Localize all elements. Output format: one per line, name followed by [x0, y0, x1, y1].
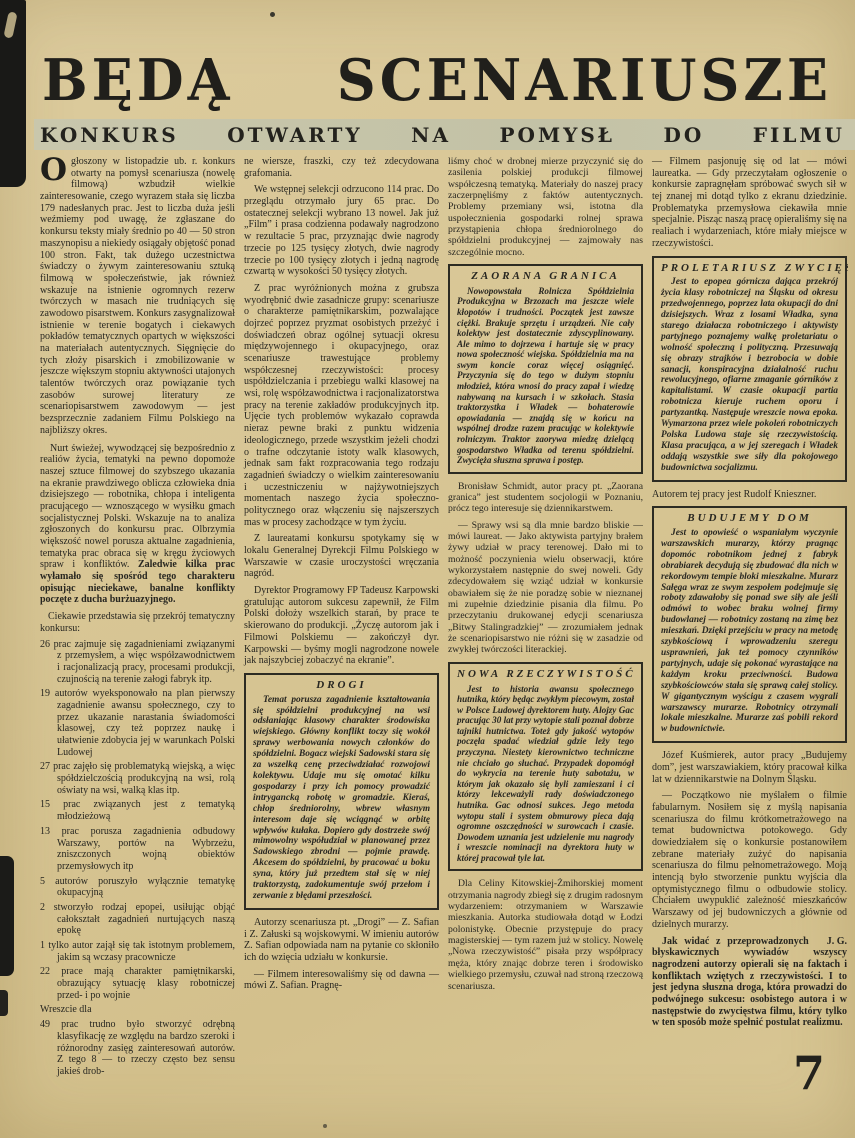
paragraph: ne wiersze, fraszki, czy też zdecydowana…: [244, 156, 439, 179]
topic-intro: Ciekawie przedstawia się przekrój tematy…: [40, 611, 235, 634]
article-columns: Ogłoszony w listopadzie ub. r. konkurs o…: [40, 156, 848, 1135]
sidebar-box-title: DROGI: [253, 679, 430, 692]
paragraph: Dla Celiny Kitowskiej-Żmihorskiej moment…: [448, 878, 643, 991]
sidebar-box-zaorana-granica: ZAORANA GRANICA Nowopowstała Rolnicza Sp…: [448, 264, 643, 474]
sidebar-box-body: Temat porusza zagadnienie kształtowania …: [253, 695, 430, 902]
paragraph: Z laureatami konkursu spotykamy się w lo…: [244, 533, 439, 580]
topic-item: 15 prac związanych jest z tematyką młodz…: [40, 799, 235, 822]
topic-item: 22 prace mają charakter pamiętnikarski, …: [40, 966, 235, 1001]
drop-cap: O: [40, 156, 71, 183]
sidebar-box-drogi: DROGI Temat porusza zagadnienie kształto…: [244, 673, 439, 910]
sidebar-box-budujemy-dom: BUDUJEMY DOM Jest to opowieść o wspaniał…: [652, 506, 847, 743]
paragraph: liśmy choć w drobnej mierze przyczynić s…: [448, 156, 643, 258]
page-number: 7: [793, 1046, 825, 1100]
topic-item: 5 autorów poruszyło wyłącznie tematykę o…: [40, 876, 235, 899]
page-title: BĘDĄ SCENARIUSZE: [42, 50, 832, 110]
sidebar-box-proletariusz-zwycieski: PROLETARIUSZ ZWYCIĘSKI Jest to epopea gó…: [652, 256, 847, 482]
paragraph: Autorzy scenariusza pt. „Drogi” — Z. Saf…: [244, 917, 439, 964]
subtitle-band: KONKURS OTWARTY NA POMYSŁ DO FILMU: [34, 119, 855, 150]
paragraph: — Początkowo nie myślałem o filmie fabul…: [652, 790, 847, 930]
sidebar-box-body: Jest to historia awansu społecznego hutn…: [457, 684, 634, 864]
sidebar-box-body: Jest to epopea górnicza dająca przekrój …: [661, 277, 838, 473]
sidebar-box-title: NOWA RZECZYWISTOŚĆ: [457, 668, 634, 681]
binding-mark-low: [0, 990, 8, 1016]
binding-mark-middle: [0, 856, 14, 976]
sidebar-box-body: Nowopowstała Rolnicza Spółdzielnia Produ…: [457, 286, 634, 466]
paragraph: Bronisław Schmidt, autor pracy pt. „Zaor…: [448, 481, 643, 515]
topic-item: 27 prac zajęło się problematyką wiejską,…: [40, 761, 235, 796]
paragraph: — Filmem interesowaliśmy się od dawna — …: [244, 969, 439, 992]
ink-speck: [270, 12, 275, 17]
paragraph-text: głoszony w listopadzie ub. r. konkurs ot…: [40, 156, 235, 436]
paragraph: Z prac wyróżnionych można z grubsza wyod…: [244, 283, 439, 528]
paragraph: — Sprawy wsi są dla mnie bardzo bliskie …: [448, 520, 643, 656]
sidebar-box-nowa-rzeczywistosc: NOWA RZECZYWISTOŚĆ Jest to historia awan…: [448, 662, 643, 872]
topic-item: 13 prac porusza zagadnienia odbudowy War…: [40, 826, 235, 873]
topic-item: 2 stworzyło rodzaj epopei, usiłując obją…: [40, 902, 235, 937]
newspaper-page: BĘDĄ SCENARIUSZE KONKURS OTWARTY NA POMY…: [0, 0, 855, 1138]
author-initials: J. G.: [809, 936, 847, 948]
column-3: liśmy choć w drobnej mierze przyczynić s…: [448, 156, 643, 1135]
binding-mark-top: [0, 0, 26, 187]
topic-item: 19 autorów wyeksponowało na plan pierwsz…: [40, 688, 235, 758]
closing-paragraph: J. G.Jak widać z przeprowadzonych błyska…: [652, 936, 847, 1030]
column-4: — Filmem pasjonuję się od lat — mówi lau…: [652, 156, 847, 1135]
paragraph: Nurt świeżej, wywodzącej się bezpośredni…: [40, 443, 235, 607]
paragraph: Dyrektor Programowy FP Tadeusz Karpowski…: [244, 585, 439, 667]
paragraph: We wstępnej selekcji odrzucono 114 prac.…: [244, 184, 439, 278]
lead-paragraph: Ogłoszony w listopadzie ub. r. konkurs o…: [40, 156, 235, 437]
paragraph: Józef Kuśmierek, autor pracy „Budujemy d…: [652, 750, 847, 785]
sidebar-box-title: ZAORANA GRANICA: [457, 270, 634, 283]
paragraph: Autorem tej pracy jest Rudolf Knieszner.: [652, 489, 847, 501]
paragraph: Wreszcie dla: [40, 1004, 235, 1016]
topic-item: 1 tylko autor zajął się tak istotnym pro…: [40, 940, 235, 963]
sidebar-box-body: Jest to opowieść o wspaniałym wyczynie w…: [661, 528, 838, 735]
paragraph-text: Jak widać z przeprowadzonych błyskawiczn…: [652, 936, 847, 1029]
topic-item: 26 prac zajmuje się zagadnieniami związa…: [40, 639, 235, 686]
paragraph-text: Nurt świeżej, wywodzącej się bezpośredni…: [40, 443, 235, 571]
topic-item: 49 prac trudno było stworzyć odrębną kla…: [40, 1019, 235, 1077]
column-1: Ogłoszony w listopadzie ub. r. konkurs o…: [40, 156, 235, 1135]
column-2: ne wiersze, fraszki, czy też zdecydowana…: [244, 156, 439, 1135]
sidebar-box-title: PROLETARIUSZ ZWYCIĘSKI: [661, 262, 838, 275]
binding-scratch: [3, 11, 17, 38]
page-subtitle: KONKURS OTWARTY NA POMYSŁ DO FILMU: [40, 123, 845, 147]
sidebar-box-title: BUDUJEMY DOM: [661, 512, 838, 525]
paragraph: — Filmem pasjonuję się od lat — mówi lau…: [652, 156, 847, 250]
